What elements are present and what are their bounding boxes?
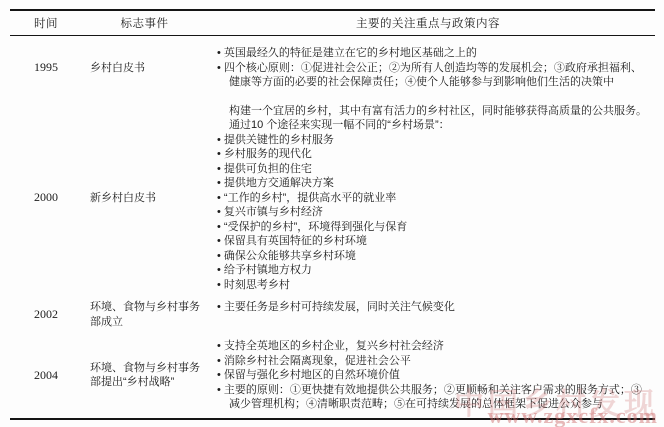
year-cell: 2000 bbox=[10, 190, 82, 205]
event-cell: 环境、食物与乡村事务部提出“乡村战略” bbox=[82, 361, 207, 390]
bullet-item: 确保公众能够共享乡村环境 bbox=[217, 249, 649, 264]
year-cell: 2004 bbox=[10, 368, 82, 383]
table-row-2004: 2004 环境、食物与乡村事务部提出“乡村战略” 支持全英地区的乡村企业，复兴乡… bbox=[10, 329, 655, 418]
bullet-item: 乡村服务的现代化 bbox=[217, 147, 649, 162]
bullet-item: 主要的原则：①更快捷有效地提供公共服务；②更顺畅和关注客户需求的服务方式；③减少… bbox=[217, 383, 649, 412]
bullet-item: 保留与强化乡村地区的自然环境价值 bbox=[217, 368, 649, 383]
year-cell: 1995 bbox=[10, 60, 82, 75]
year-cell: 2002 bbox=[10, 307, 82, 322]
table-row-1995: 1995 乡村白皮书 英国最经久的特征是建立在它的乡村地区基础之上的 四个核心原… bbox=[10, 36, 655, 90]
paragraph-item: 构建一个宜居的乡村，其中有富有活力的乡村社区，同时能够获得高质量的公共服务。通过… bbox=[217, 104, 649, 133]
policy-table: 时间 标志事件 主要的关注重点与政策内容 1995 乡村白皮书 英国最经久的特征… bbox=[10, 9, 655, 420]
header-time: 时间 bbox=[10, 15, 82, 31]
header-content: 主要的关注重点与政策内容 bbox=[207, 15, 655, 31]
bullet-item: 复兴市镇与乡村经济 bbox=[217, 205, 649, 220]
content-cell: 英国最经久的特征是建立在它的乡村地区基础之上的 四个核心原则：①促进社会公正；②… bbox=[207, 46, 655, 90]
event-cell: 新乡村白皮书 bbox=[82, 191, 207, 206]
content-cell: 主要任务是乡村可持续发展，同时关注气候变化 bbox=[207, 300, 655, 329]
bullet-item: 保留具有英国特征的乡村环境 bbox=[217, 234, 649, 249]
table-row-2000: 2000 新乡村白皮书 构建一个宜居的乡村，其中有富有活力的乡村社区，同时能够获… bbox=[10, 90, 655, 293]
bullet-item: “工作的乡村”，提供高水平的就业率 bbox=[217, 191, 649, 206]
table-row-2002: 2002 环境、食物与乡村事务部成立 主要任务是乡村可持续发展，同时关注气候变化 bbox=[10, 292, 655, 329]
bullet-item: 提供地方交通解决方案 bbox=[217, 176, 649, 191]
bullet-item: 提供可负担的住宅 bbox=[217, 162, 649, 177]
header-event: 标志事件 bbox=[82, 15, 207, 31]
bullet-item: 消除乡村社会隔离现象，促进社会公平 bbox=[217, 354, 649, 369]
bullet-item: 主要任务是乡村可持续发展，同时关注气候变化 bbox=[217, 300, 649, 315]
event-cell: 乡村白皮书 bbox=[82, 61, 207, 76]
content-cell: 构建一个宜居的乡村，其中有富有活力的乡村社区，同时能够获得高质量的公共服务。通过… bbox=[207, 104, 655, 293]
content-cell: 支持全英地区的乡村企业，复兴乡村社会经济 消除乡村社会隔离现象，促进社会公平 保… bbox=[207, 339, 655, 412]
event-cell: 环境、食物与乡村事务部成立 bbox=[82, 300, 207, 329]
bullet-item: 提供关键性的乡村服务 bbox=[217, 133, 649, 148]
bullet-item: 四个核心原则：①促进社会公正；②为所有人创造均等的发展机会；③政府承担福利、健康… bbox=[217, 61, 649, 90]
bullet-item: “受保护的乡村”，环境得到强化与保育 bbox=[217, 220, 649, 235]
bullet-item: 时刻思考乡村 bbox=[217, 278, 649, 293]
bullet-item: 给予村镇地方权力 bbox=[217, 263, 649, 278]
table-header-row: 时间 标志事件 主要的关注重点与政策内容 bbox=[10, 11, 655, 36]
bullet-item: 支持全英地区的乡村企业，复兴乡村社会经济 bbox=[217, 339, 649, 354]
document-page: 时间 标志事件 主要的关注重点与政策内容 1995 乡村白皮书 英国最经久的特征… bbox=[0, 0, 664, 427]
bullet-item: 英国最经久的特征是建立在它的乡村地区基础之上的 bbox=[217, 46, 649, 61]
